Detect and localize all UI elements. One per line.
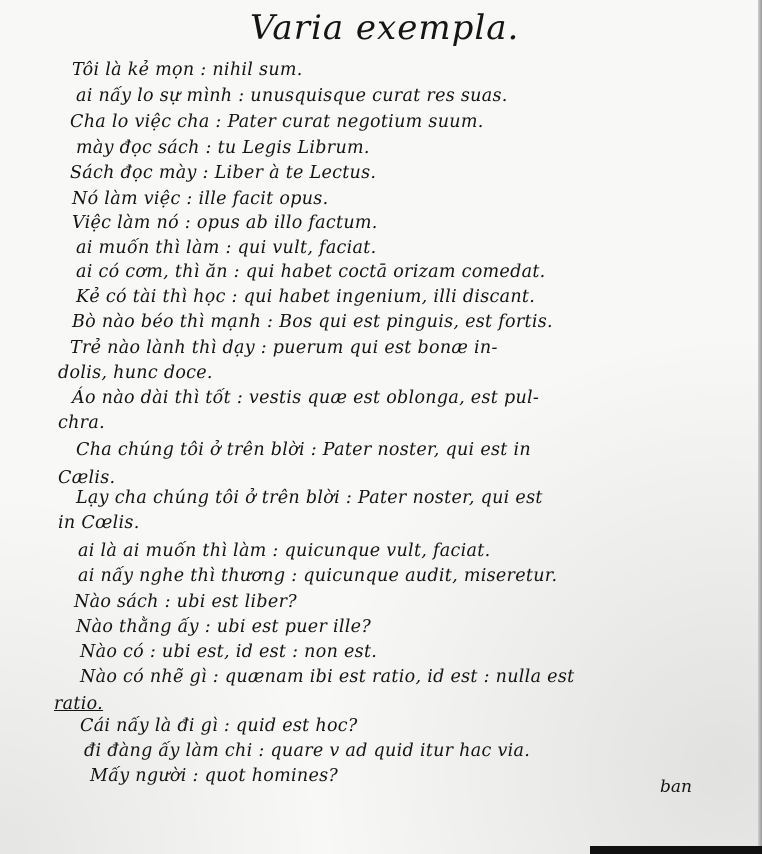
text-line: Áo nào dài thì tốt : vestis quæ est oblo…	[72, 388, 539, 408]
text-line: Cha lo việc cha : Pater curat negotium s…	[70, 112, 484, 132]
text-line: Việc làm nó : opus ab illo factum.	[72, 213, 378, 233]
text-line: Nào có : ubi est, id est : non est.	[80, 642, 377, 662]
text-line: dolis, hunc doce.	[58, 363, 213, 383]
text-line: Cha chúng tôi ở trên blời : Pater noster…	[76, 440, 531, 460]
text-line: Cái nấy là đi gì : quid est hoc?	[80, 716, 358, 736]
text-line: đi đàng ấy làm chi : quare v ad quid itu…	[84, 741, 530, 761]
text-line: ai nấy nghe thì thương : quicunque audit…	[78, 566, 557, 586]
text-line: in Cœlis.	[58, 513, 140, 533]
text-line: Trẻ nào lành thì dạy : puerum qui est bo…	[70, 338, 498, 358]
text-line: Sách đọc mày : Liber à te Lectus.	[70, 163, 376, 183]
page-edge	[758, 0, 762, 854]
manuscript-page: Varia exempla. Tôi là kẻ mọn : nihil sum…	[0, 0, 762, 854]
text-line: Nào thằng ấy : ubi est puer ille?	[76, 617, 371, 637]
text-line: Bò nào béo thì mạnh : Bos qui est pingui…	[72, 312, 553, 332]
text-line: Nào sách : ubi est liber?	[74, 592, 297, 612]
text-line: ai nấy lo sự mình : unusquisque curat re…	[76, 86, 508, 106]
text-line: Nó làm việc : ille facit opus.	[72, 189, 328, 209]
catchword: ban	[660, 777, 692, 797]
page-title: Varia exempla.	[250, 8, 519, 48]
text-line: mày đọc sách : tu Legis Librum.	[76, 138, 370, 158]
text-line: Tôi là kẻ mọn : nihil sum.	[72, 60, 303, 80]
text-line: Nào có nhẽ gì : quænam ibi est ratio, id…	[80, 667, 574, 687]
text-line: Cælis.	[58, 468, 115, 488]
text-line: ai có cơm, thì ăn : qui habet coctā oriz…	[76, 262, 546, 282]
page-shadow	[590, 846, 762, 854]
text-line: Mấy người : quot homines?	[90, 766, 338, 786]
underlined-text-line: ratio.	[54, 694, 103, 714]
text-line: Lạy cha chúng tôi ở trên blời : Pater no…	[76, 488, 543, 508]
text-line: chra.	[58, 413, 105, 433]
text-line: ai muốn thì làm : qui vult, faciat.	[76, 238, 377, 258]
text-line: ai là ai muốn thì làm : quicunque vult, …	[78, 541, 490, 561]
text-line: Kẻ có tài thì học : qui habet ingenium, …	[76, 287, 535, 307]
